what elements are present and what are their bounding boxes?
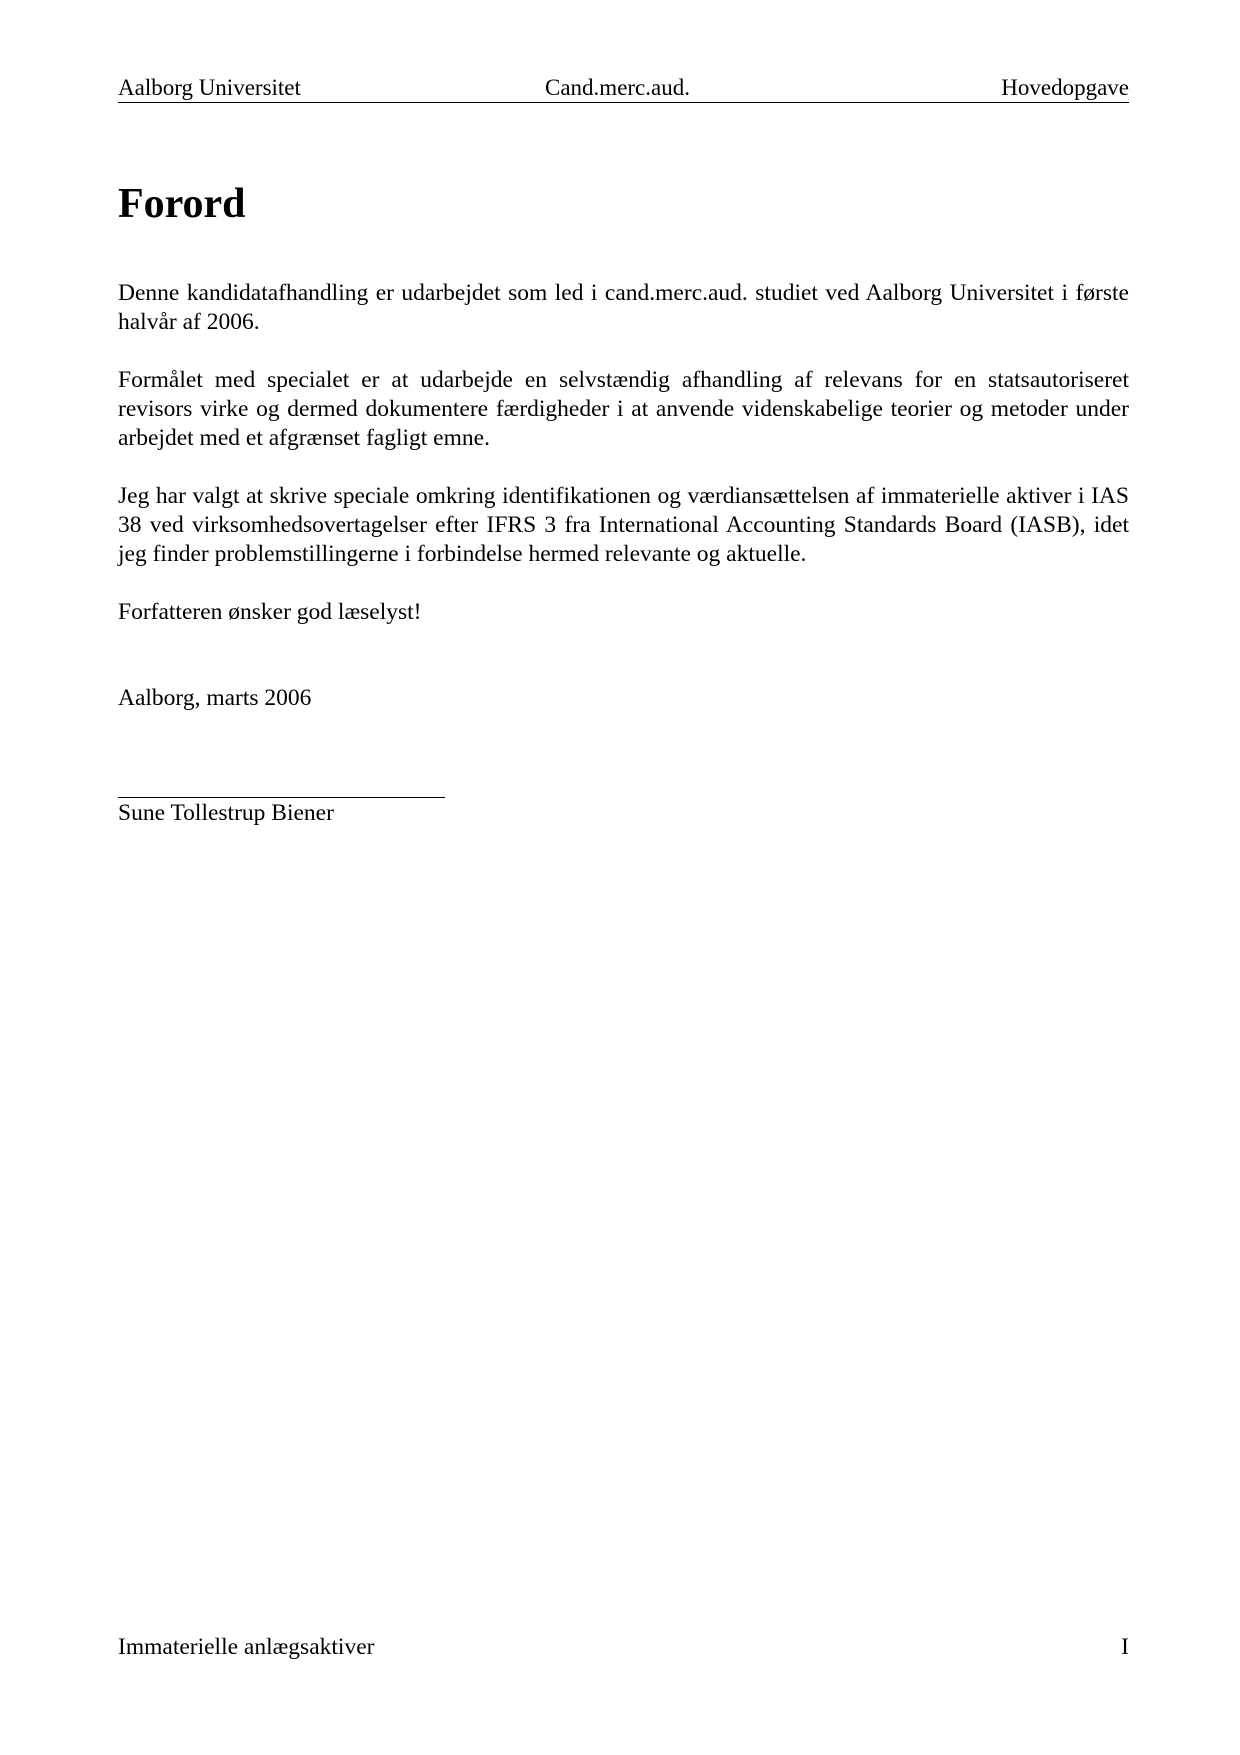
page-title: Forord [118, 176, 246, 232]
header-program: Cand.merc.aud. [545, 74, 690, 102]
page-number: I [1121, 1632, 1129, 1662]
paragraph-topic: Jeg har valgt at skrive speciale omkring… [118, 482, 1129, 569]
footer-subject: Immaterielle anlægsaktiver [118, 1632, 374, 1662]
paragraph-purpose: Formålet med specialet er at udarbejde e… [118, 366, 1129, 453]
author-name: Sune Tollestrup Biener [118, 799, 334, 828]
page-header: Aalborg Universitet Cand.merc.aud. Hoved… [118, 74, 1129, 103]
paragraph-closing: Forfatteren ønsker god læselyst! [118, 598, 1129, 627]
header-document-type: Hovedopgave [1001, 74, 1129, 102]
paragraph-intro: Denne kandidatafhandling er udarbejdet s… [118, 279, 1129, 337]
place-date: Aalborg, marts 2006 [118, 684, 1129, 713]
header-university: Aalborg Universitet [118, 74, 301, 102]
signature-line [118, 797, 445, 798]
page-footer: Immaterielle anlægsaktiver I [118, 1632, 1129, 1662]
